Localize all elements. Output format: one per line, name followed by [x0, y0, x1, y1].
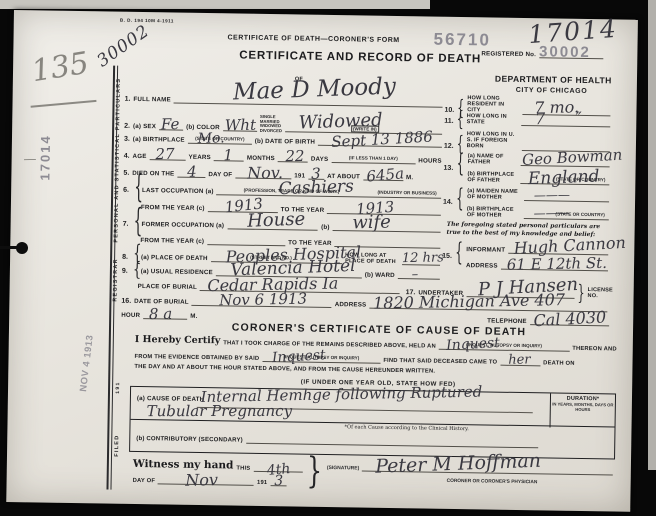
- maiden-name-label: (a) MAIDEN NAME OF MOTHER: [467, 188, 521, 201]
- age-years-line: 27: [150, 150, 186, 161]
- age-days-value: 22: [285, 147, 304, 165]
- former-occupation-b-label: (b): [321, 224, 330, 231]
- how-long-line: 12 hrs: [402, 256, 440, 267]
- died-month-line: Nov.: [235, 168, 291, 179]
- field-how-long-in-state: 11. { HOW LONG IN STATE 7 ″: [444, 113, 610, 128]
- date-of-burial-line: Nov 6 1913: [192, 296, 332, 308]
- field-number: 9.: [122, 268, 128, 275]
- birthplace-line: Mo. (STATE OR COUNTRY): [188, 134, 252, 145]
- city-title: CITY OF CHICAGO: [516, 87, 588, 95]
- age-months-line: 1: [214, 151, 244, 161]
- hour-label: HOUR: [121, 312, 140, 319]
- field-birthplace-of-mother: (b) BIRTHPLACE OF MOTHER ——— (STATE OR C…: [467, 206, 609, 221]
- hour-meridiem-label: M.: [190, 313, 197, 320]
- side-number-stamp: 17014: [37, 134, 53, 180]
- handwritten-registered-number: 30002: [94, 21, 154, 71]
- brace-item13: {: [456, 148, 464, 178]
- witness-day-of-row: DAY OF Nov 191 3: [133, 474, 313, 487]
- marital-options: SINGLE MARRIED WIDOWED DIVORCED: [260, 115, 282, 134]
- witness-lead: Witness my hand: [133, 458, 234, 472]
- field-number-13: 13.: [444, 165, 454, 172]
- inquest-line1: Inquest (INQUEST, AUTOPSY OR INQUIRY): [439, 340, 570, 352]
- hours-label: HOURS: [418, 157, 441, 164]
- thereon-and-text: THEREON AND: [572, 346, 617, 353]
- from-year-label: FROM THE YEAR (c): [141, 204, 205, 212]
- filed-date-stamp: NOV 4 1913: [78, 334, 96, 392]
- signature-label: (SIGNATURE): [327, 465, 359, 472]
- died-time-line: 645a: [363, 171, 403, 182]
- birthplace-caption: (STATE OR COUNTRY): [195, 135, 244, 141]
- resident-in-city-label: HOW LONG RESIDENT IN CITY: [467, 95, 519, 114]
- department-title: DEPARTMENT OF HEALTH: [495, 74, 612, 86]
- pencil-number: 135: [29, 46, 91, 90]
- certificate-title: CERTIFICATE AND RECORD OF DEATH: [239, 50, 453, 65]
- industry-caption: (INDUSTRY OR BUSINESS): [377, 189, 436, 195]
- field-number: 2.: [124, 123, 130, 130]
- field-number: 1.: [125, 96, 131, 103]
- field-number-15: 15.: [442, 253, 452, 260]
- date-of-burial-value: Nov 6 1913: [219, 290, 307, 310]
- option-divorced: DIVORCED: [260, 129, 282, 134]
- brace-item11: {: [457, 111, 464, 130]
- form-code: B. D. 194 10M 4-1911: [120, 18, 174, 24]
- age-days-line: 22: [278, 152, 308, 162]
- field-number: 16.: [121, 298, 131, 305]
- cause-of-death-line2: Tubular Pregnancy: [147, 402, 293, 420]
- cause-of-death-box: DURATION* IN YEARS, MONTHS, DAYS OR HOUR…: [129, 386, 616, 460]
- day-of-label: DAY OF: [133, 478, 156, 484]
- field-number: 3.: [124, 136, 130, 143]
- field-name-of-father: (a) NAME OF FATHER Geo Bowman: [468, 153, 610, 168]
- evidence-text: FROM THE EVIDENCE OBTAINED BY SAID: [135, 354, 260, 362]
- rail-filed: FILED: [114, 432, 120, 460]
- brace-item15: {: [455, 237, 463, 267]
- witness-year-line: 3: [270, 476, 286, 486]
- color-value: Wht: [224, 116, 255, 135]
- field-number-14: 14.: [443, 199, 453, 206]
- field-former-occupation: 7. FORMER OCCUPATION (a) House (b) wife: [123, 218, 441, 233]
- date-of-birth-line: Sept 13 1886: [318, 136, 442, 148]
- name-of-father-label: (a) NAME OF FATHER: [468, 153, 518, 166]
- registered-label: REGISTERED No.: [481, 50, 536, 58]
- witness-month-line: Nov: [158, 474, 254, 486]
- field-number: 12.: [444, 142, 454, 149]
- contributory-line: [246, 435, 538, 449]
- field-last-occupation: 6. LAST OCCUPATION (a) Cashiers (PROFESS…: [123, 184, 441, 199]
- maiden-name-value: ———: [534, 188, 570, 203]
- find-that-text: FIND THAT SAID DECEASED CAME TO: [383, 358, 497, 366]
- color-line: Wht: [223, 122, 257, 133]
- meridiem-label: M.: [406, 174, 413, 181]
- witness-year-print: 191: [257, 480, 267, 486]
- how-long-in-state-line: 7 ″: [522, 116, 611, 127]
- age-months-value: 1: [223, 146, 233, 164]
- scan-strip-top: [0, 0, 430, 9]
- informant-address-line: 61 E 12th St.: [501, 260, 608, 272]
- maiden-name-line: ———: [524, 191, 609, 202]
- license-label: LICENSE NO.: [588, 287, 616, 300]
- former-occupation-a-line: House: [227, 219, 318, 230]
- date-of-birth-label: (b) DATE OF BIRTH: [255, 138, 315, 146]
- former-occupation-b-line: wife: [333, 221, 441, 233]
- hour-line: 8 a: [143, 309, 187, 320]
- age-label: AGE: [133, 153, 147, 160]
- day-of-label: DAY OF: [208, 171, 232, 178]
- how-long-in-state-label: HOW LONG IN STATE: [467, 113, 519, 126]
- field-number: 8.: [122, 254, 128, 261]
- field-number: 4.: [124, 153, 130, 160]
- from-year-label: FROM THE YEAR (c): [140, 237, 204, 245]
- birthplace-of-mother-line: ——— (STATE OR COUNTRY): [524, 209, 609, 220]
- scan-strip-right: [648, 0, 656, 470]
- contributory-label: (b) CONTRIBUTORY (SECONDARY): [136, 436, 243, 444]
- died-day-value: 4: [187, 163, 197, 181]
- ward-line: –: [398, 269, 440, 280]
- birthplace-of-father-line: England (STATE OR COUNTRY): [520, 174, 609, 185]
- years-label: YEARS: [189, 154, 211, 161]
- registered-number-stamp: 30002: [539, 43, 591, 61]
- coroner-signature-value: Peter M Hoffman: [375, 450, 541, 478]
- how-long-value: 12 hrs: [402, 251, 444, 267]
- this-day-line: 4th: [253, 462, 303, 473]
- pin-stub: [0, 246, 18, 249]
- ward-label: (b) WARD: [365, 272, 395, 279]
- field-maiden-name-of-mother: (a) MAIDEN NAME OF MOTHER ———: [467, 188, 609, 203]
- state-country-caption: (STATE OR COUNTRY): [555, 211, 604, 217]
- former-occupation-label: FORMER OCCUPATION (a): [141, 221, 224, 229]
- registered-number-row: REGISTERED No. 30002: [481, 47, 615, 59]
- signature-line: Peter M Hoffman: [362, 462, 613, 476]
- age-hours-line: (IF LESS THAN 1 DAY): [331, 153, 415, 164]
- how-long-in-us-label: HOW LONG IN U. S. IF FOREIGN BORN: [467, 131, 519, 150]
- duration-column: DURATION* IN YEARS, MONTHS, DAYS OR HOUR…: [550, 393, 616, 428]
- died-time-value: 645a: [365, 164, 404, 185]
- certify-line1-text: THAT I TOOK CHARGE OF THE REMAINS DESCRI…: [223, 340, 436, 349]
- rail-registrar: REGISTRAR: [112, 256, 119, 304]
- field-number: 6.: [123, 187, 129, 194]
- place-of-death-label: (a) PLACE OF DEATH: [141, 254, 208, 262]
- duration-sub-label: IN YEARS, MONTHS, DAYS OR HOURS: [551, 401, 615, 412]
- undertaker-address-label: ADDRESS: [335, 301, 367, 308]
- telephone-label: TELEPHONE: [487, 317, 527, 325]
- registered-line: 30002: [539, 48, 603, 59]
- full-name-value: Mae D Moody: [233, 74, 397, 106]
- informant-address-label: ADDRESS: [466, 262, 498, 269]
- field-number: 5.: [123, 170, 129, 177]
- full-name-line: Mae D Moody: [174, 94, 443, 108]
- birthplace-of-mother-label: (b) BIRTHPLACE OF MOTHER: [467, 206, 521, 219]
- name-of-father-value: Geo Bowman: [522, 146, 623, 169]
- pencil-underline: [31, 100, 97, 108]
- witness-year-value: 3: [274, 473, 283, 489]
- state-country-caption: (STATE OR COUNTRY): [556, 176, 605, 182]
- death-certificate-document: B. D. 194 10M 4-1911 CERTIFICATE OF DEAT…: [6, 10, 638, 512]
- form-small-title: CERTIFICATE OF DEATH—CORONER'S FORM: [192, 34, 436, 45]
- usual-residence-label: (a) USUAL RESIDENCE: [141, 268, 213, 276]
- informant-label: INFORMANT: [466, 246, 505, 254]
- pencil-dash: —: [23, 152, 36, 167]
- field-number: 7.: [123, 221, 129, 228]
- birthplace-label: (a) BIRTHPLACE: [133, 136, 185, 144]
- coroner-certify-line3: THE DAY AND AT ABOUT THE HOUR STATED ABO…: [134, 364, 435, 375]
- field-number: 11.: [444, 118, 453, 125]
- this-label: THIS: [236, 466, 250, 472]
- sex-line: Fe: [159, 121, 183, 131]
- days-label: DAYS: [311, 156, 329, 163]
- rail-year-191: 191: [115, 378, 121, 398]
- full-name-label: FULL NAME: [133, 96, 171, 104]
- place-of-burial-label: PLACE OF BURIAL: [138, 283, 197, 291]
- witness-month-value: Nov: [186, 470, 219, 490]
- came-to-line: her: [500, 356, 540, 367]
- telephone-line: Cal 4030: [530, 315, 610, 326]
- how-long-in-state-value: 7 ″: [535, 109, 582, 129]
- birthplace-of-father-label: (b) BIRTHPLACE OF FATHER: [467, 171, 517, 184]
- ward-value: –: [411, 267, 418, 282]
- inquest-line2: Inquest (INQUEST, AUTOPSY OR INQUIRY): [262, 352, 380, 364]
- cause-footnote: *Of each Cause according to the Clinical…: [344, 424, 469, 432]
- died-day-line: 4: [177, 168, 205, 178]
- field-burial-hour: HOUR 8 a M.: [121, 309, 241, 321]
- field-birthplace-of-father: (b) BIRTHPLACE OF FATHER England (STATE …: [467, 171, 609, 186]
- hours-caption: (IF LESS THAN 1 DAY): [349, 155, 398, 161]
- informant-address-value: 61 E 12th St.: [506, 254, 607, 274]
- came-to-value: her: [508, 352, 531, 367]
- former-occupation-b-value: wife: [352, 212, 391, 234]
- signature-row: (SIGNATURE) Peter M Hoffman: [327, 461, 613, 475]
- last-occupation-label: LAST OCCUPATION (a): [142, 187, 214, 195]
- certify-lead: I Hereby Certify: [135, 334, 221, 346]
- death-on-text: DEATH ON: [543, 360, 575, 366]
- undertaker-address-value: 1820 Michigan Ave 407: [373, 290, 565, 313]
- sex-label: (a) SEX: [133, 123, 156, 130]
- contributory-row: (b) CONTRIBUTORY (SECONDARY): [136, 433, 538, 448]
- field-undertaker-telephone: TELEPHONE Cal 4030: [487, 314, 609, 326]
- age-years-value: 27: [155, 145, 174, 163]
- former-occupation-a-value: House: [246, 209, 305, 232]
- signature-caption: CORONER OR CORONER'S PHYSICIAN: [447, 479, 538, 485]
- profession-caption: (PROFESSION, TRADE OR KIND OF WORK): [244, 187, 340, 194]
- sex-value: Fe: [161, 115, 180, 133]
- field-full-name: 1. FULL NAME Mae D Moody: [125, 93, 443, 108]
- field-informant-address: ADDRESS 61 E 12th St.: [466, 259, 608, 271]
- months-label: MONTHS: [247, 155, 275, 162]
- brace-item14: {: [456, 183, 464, 213]
